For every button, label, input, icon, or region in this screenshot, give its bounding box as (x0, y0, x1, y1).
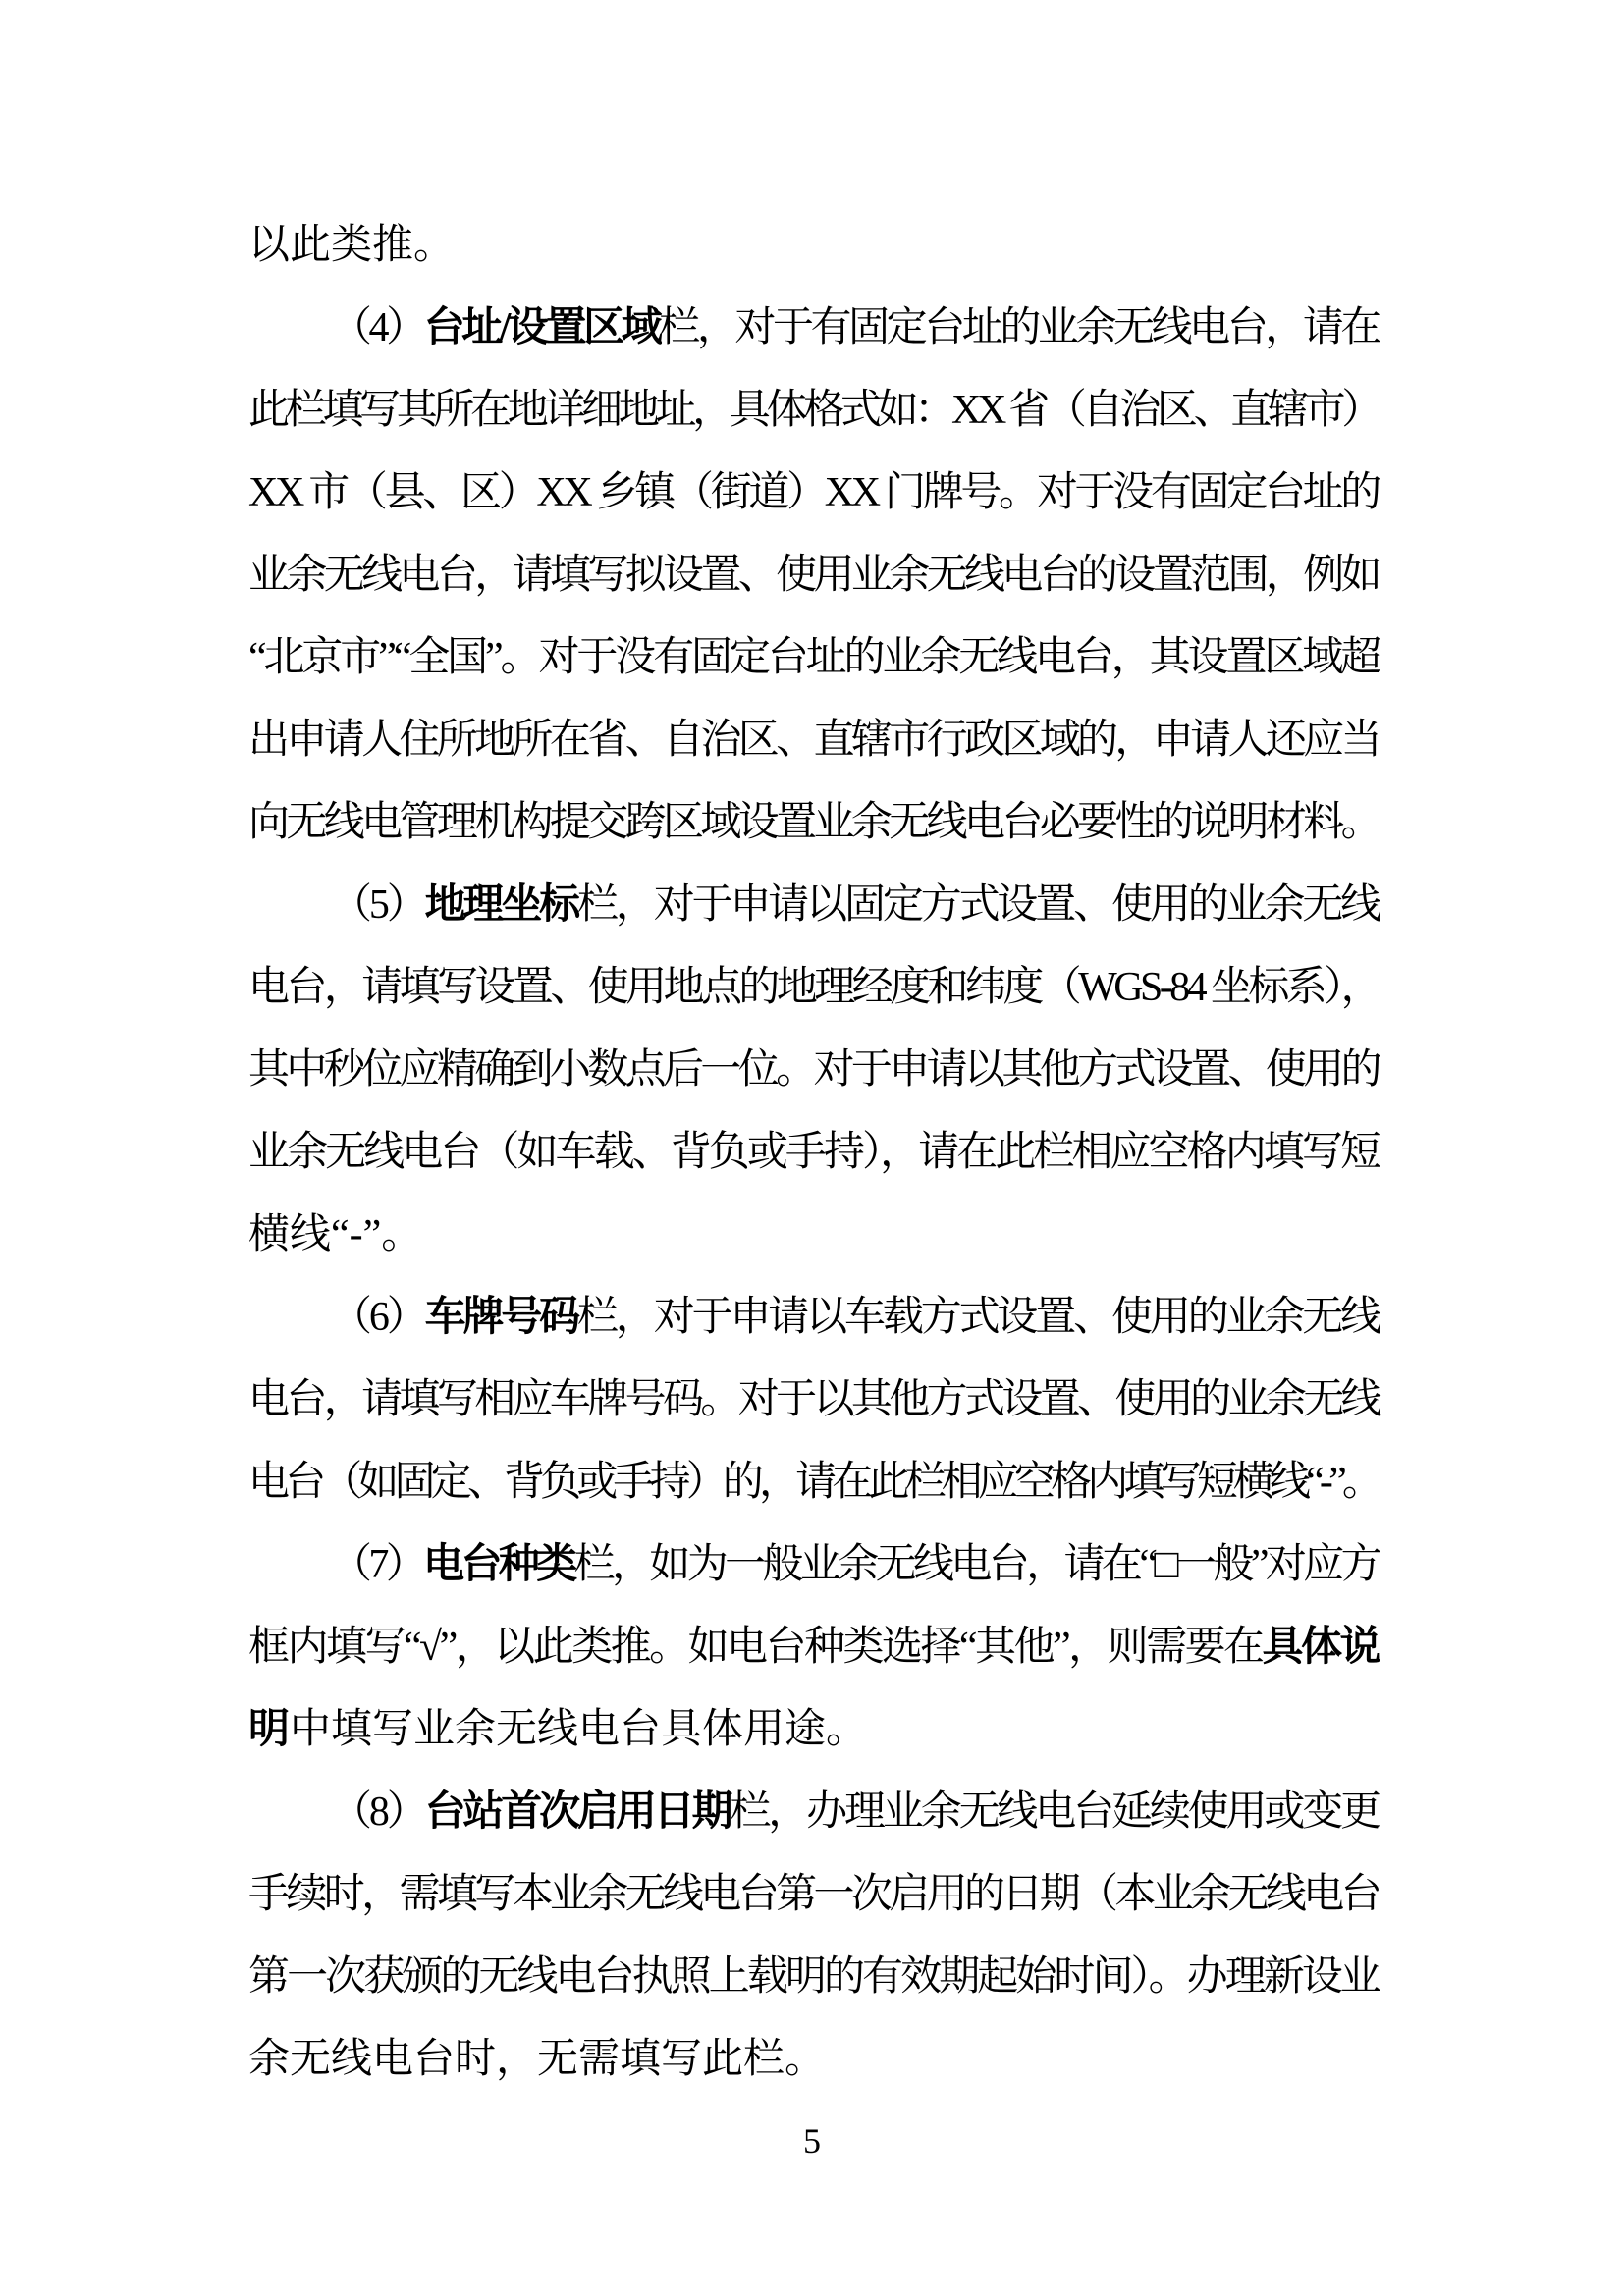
text-line-content: 电台（如固定、背负或手持）的，请在此栏相应空格内填写短横线“-”。 (248, 1441, 1379, 1523)
emphasized-run: 具体说 (1263, 1625, 1379, 1670)
text-line-content: 电台，请填写设置、使用地点的地理经度和纬度（WGS-84 坐标系）， (248, 946, 1379, 1029)
text-line: （4）台址/设置区域栏，对于有固定台址的业余无线电台，请在 (248, 287, 1379, 369)
text-line: 第一次获颁的无线电台执照上载明的有效期起始时间）。办理新设业 (248, 1936, 1379, 2018)
emphasized-run: 地理坐标 (425, 882, 577, 928)
text-line: 业余无线电台（如车载、背负或手持），请在此栏相应空格内填写短 (248, 1111, 1379, 1194)
text-line: “北京市”“全国”。对于没有固定台址的业余无线电台，其设置区域超 (248, 616, 1379, 699)
document-body: 以此类推。（4）台址/设置区域栏，对于有固定台址的业余无线电台，请在此栏填写其所… (248, 204, 1379, 2101)
text-run: XX 市（县、区）XX 乡镇（街道）XX 门牌号。对于没有固定台址的 (248, 470, 1379, 515)
text-run: 业余无线电台，请填写拟设置、使用业余无线电台的设置范围，例如 (248, 553, 1379, 598)
emphasized-run: 台址/设置区域 (424, 305, 660, 350)
text-run: 以此类推。 (248, 223, 455, 268)
text-line: 以此类推。 (248, 204, 1379, 287)
emphasized-run: 电台种类 (423, 1542, 574, 1587)
text-run: 电台，请填写相应车牌号码。对于以其他方式设置、使用的业余无线 (248, 1377, 1379, 1422)
emphasized-run: 车牌号码 (425, 1295, 577, 1340)
text-line: 此栏填写其所在地详细地址，具体格式如：XX 省（自治区、直辖市） (248, 369, 1379, 452)
text-line-content: （6）车牌号码栏，对于申请以车载方式设置、使用的业余无线 (331, 1276, 1379, 1359)
text-run: 出申请人住所地所在省、自治区、直辖市行政区域的，申请人还应当 (248, 718, 1379, 763)
text-run: （4） (331, 305, 424, 350)
text-line: （8）台站首次启用日期栏，办理业余无线电台延续使用或变更 (248, 1771, 1379, 1853)
text-line: 电台，请填写相应车牌号码。对于以其他方式设置、使用的业余无线 (248, 1359, 1379, 1441)
text-run: “北京市”“全国”。对于没有固定台址的业余无线电台，其设置区域超 (248, 635, 1379, 680)
text-line-content: 出申请人住所地所在省、自治区、直辖市行政区域的，申请人还应当 (248, 699, 1379, 781)
text-line: 其中秒位应精确到小数点后一位。对于申请以其他方式设置、使用的 (248, 1029, 1379, 1111)
text-line: 业余无线电台，请填写拟设置、使用业余无线电台的设置范围，例如 (248, 534, 1379, 616)
text-run: 电台，请填写设置、使用地点的地理经度和纬度（WGS-84 坐标系）， (248, 965, 1379, 1010)
text-run: 其中秒位应精确到小数点后一位。对于申请以其他方式设置、使用的 (248, 1047, 1379, 1093)
text-line: 余无线电台时，无需填写此栏。 (248, 2018, 1379, 2101)
text-run: 手续时，需填写本业余无线电台第一次启用的日期（本业余无线电台 (248, 1872, 1379, 1917)
text-line-content: 此栏填写其所在地详细地址，具体格式如：XX 省（自治区、直辖市） (248, 369, 1379, 452)
text-run: 栏，如为一般业余无线电台，请在“□一般”对应方 (574, 1542, 1379, 1587)
text-line-content: （5）地理坐标栏，对于申请以固定方式设置、使用的业余无线 (331, 864, 1379, 946)
text-run: （7） (331, 1542, 423, 1587)
text-line: 出申请人住所地所在省、自治区、直辖市行政区域的，申请人还应当 (248, 699, 1379, 781)
text-line-content: XX 市（县、区）XX 乡镇（街道）XX 门牌号。对于没有固定台址的 (248, 452, 1379, 534)
text-line: 电台（如固定、背负或手持）的，请在此栏相应空格内填写短横线“-”。 (248, 1441, 1379, 1523)
text-line-content: 横线“-”。 (248, 1194, 422, 1276)
text-line: （6）车牌号码栏，对于申请以车载方式设置、使用的业余无线 (248, 1276, 1379, 1359)
text-line: （5）地理坐标栏，对于申请以固定方式设置、使用的业余无线 (248, 864, 1379, 946)
text-line: 电台，请填写设置、使用地点的地理经度和纬度（WGS-84 坐标系）， (248, 946, 1379, 1029)
text-line-content: 其中秒位应精确到小数点后一位。对于申请以其他方式设置、使用的 (248, 1029, 1379, 1111)
text-line-content: （7）电台种类栏，如为一般业余无线电台，请在“□一般”对应方 (331, 1523, 1379, 1606)
text-line: 明中填写业余无线电台具体用途。 (248, 1688, 1379, 1771)
text-line-content: 以此类推。 (248, 204, 455, 287)
text-line-content: 业余无线电台，请填写拟设置、使用业余无线电台的设置范围，例如 (248, 534, 1379, 616)
text-line: 向无线电管理机构提交跨区域设置业余无线电台必要性的说明材料。 (248, 781, 1379, 864)
text-run: 栏，对于申请以固定方式设置、使用的业余无线 (577, 882, 1379, 928)
text-run: 栏，对于有固定台址的业余无线电台，请在 (659, 305, 1379, 350)
page-number: 5 (0, 2118, 1624, 2163)
text-run: 第一次获颁的无线电台执照上载明的有效期起始时间）。办理新设业 (248, 1954, 1379, 2000)
text-line-content: 第一次获颁的无线电台执照上载明的有效期起始时间）。办理新设业 (248, 1936, 1379, 2018)
text-run: 栏，办理业余无线电台延续使用或变更 (730, 1789, 1379, 1835)
text-run: （8） (331, 1789, 425, 1835)
emphasized-run: 台站首次启用日期 (425, 1789, 731, 1835)
emphasized-run: 明 (248, 1707, 290, 1752)
text-run: 横线“-”。 (248, 1212, 422, 1257)
text-line-content: （4）台址/设置区域栏，对于有固定台址的业余无线电台，请在 (331, 287, 1379, 369)
text-line-content: 手续时，需填写本业余无线电台第一次启用的日期（本业余无线电台 (248, 1853, 1379, 1936)
text-line: 横线“-”。 (248, 1194, 1379, 1276)
text-line-content: 向无线电管理机构提交跨区域设置业余无线电台必要性的说明材料。 (248, 781, 1379, 864)
text-run: 此栏填写其所在地详细地址，具体格式如：XX 省（自治区、直辖市） (248, 388, 1379, 433)
text-line: 框内填写“√”，以此类推。如电台种类选择“其他”，则需要在具体说 (248, 1606, 1379, 1688)
text-line-content: （8）台站首次启用日期栏，办理业余无线电台延续使用或变更 (331, 1771, 1379, 1853)
text-run: （5） (331, 882, 425, 928)
text-run: 业余无线电台（如车载、背负或手持），请在此栏相应空格内填写短 (248, 1130, 1379, 1175)
text-line: XX 市（县、区）XX 乡镇（街道）XX 门牌号。对于没有固定台址的 (248, 452, 1379, 534)
text-line: 手续时，需填写本业余无线电台第一次启用的日期（本业余无线电台 (248, 1853, 1379, 1936)
document-page: 以此类推。（4）台址/设置区域栏，对于有固定台址的业余无线电台，请在此栏填写其所… (0, 0, 1624, 2296)
text-run: 余无线电台时，无需填写此栏。 (248, 2037, 826, 2082)
text-line-content: 业余无线电台（如车载、背负或手持），请在此栏相应空格内填写短 (248, 1111, 1379, 1194)
text-line-content: “北京市”“全国”。对于没有固定台址的业余无线电台，其设置区域超 (248, 616, 1379, 699)
text-line-content: 明中填写业余无线电台具体用途。 (248, 1688, 867, 1771)
text-run: 栏，对于申请以车载方式设置、使用的业余无线 (577, 1295, 1379, 1340)
text-run: （6） (331, 1295, 425, 1340)
text-run: 框内填写“√”，以此类推。如电台种类选择“其他”，则需要在 (248, 1625, 1263, 1670)
text-line-content: 余无线电台时，无需填写此栏。 (248, 2018, 826, 2101)
text-line-content: 电台，请填写相应车牌号码。对于以其他方式设置、使用的业余无线 (248, 1359, 1379, 1441)
text-line-content: 框内填写“√”，以此类推。如电台种类选择“其他”，则需要在具体说 (248, 1606, 1379, 1688)
text-line: （7）电台种类栏，如为一般业余无线电台，请在“□一般”对应方 (248, 1523, 1379, 1606)
text-run: 向无线电管理机构提交跨区域设置业余无线电台必要性的说明材料。 (248, 800, 1379, 845)
text-run: 中填写业余无线电台具体用途。 (290, 1707, 867, 1752)
text-run: 电台（如固定、背负或手持）的，请在此栏相应空格内填写短横线“-”。 (248, 1460, 1379, 1505)
